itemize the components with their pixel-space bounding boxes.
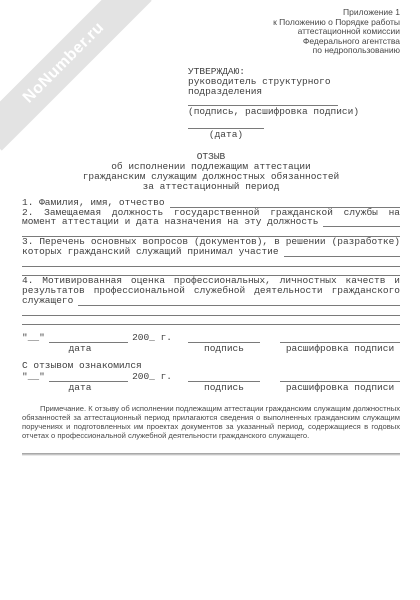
approve-date-caption: (дата) (188, 130, 264, 140)
date-quotes: "__" (22, 333, 45, 343)
approve-date-field (188, 121, 264, 129)
date-quotes: "__" (22, 372, 45, 382)
item-2-position-cont: момент аттестации и дата назначения на э… (22, 218, 400, 228)
item-2-label-line2: момент аттестации и дата назначения на э… (22, 217, 318, 227)
title-line: за аттестационный период (22, 182, 400, 192)
header-line: по недропользованию (22, 46, 400, 56)
item-2-blank-field (323, 219, 400, 227)
document-body: Приложение 1 к Положению о Порядке работ… (22, 8, 400, 456)
decode-label: расшифровка подписи (280, 344, 400, 354)
document-page: NoNumber.ru Приложение 1 к Положению о П… (0, 0, 420, 600)
item-4-label-line2: результатов профессиональной служебной д… (22, 285, 400, 296)
item-4-evaluation-cont1: результатов профессиональной служебной д… (22, 286, 400, 296)
date-blank-field (49, 335, 128, 343)
date-label: дата (22, 383, 172, 393)
signature-row-acknowledged: "__" 200_ г. (22, 372, 400, 382)
item-4-blank-field (78, 298, 400, 306)
signature-row-author: "__" 200_ г. (22, 333, 400, 343)
signature-labels-acknowledged: дата подпись расшифровка подписи (22, 383, 400, 393)
item-3-blank-line-1 (22, 257, 400, 267)
decode-label: расшифровка подписи (280, 383, 400, 393)
item-4-label-line3: служащего (22, 296, 73, 306)
sign-label: подпись (188, 344, 260, 354)
approval-block: УТВЕРЖДАЮ: руководитель структурного под… (188, 67, 400, 140)
approve-position-line2: подразделения (188, 87, 400, 97)
approve-signature-field (188, 97, 338, 106)
approve-signature-caption: (подпись, расшифровка подписи) (188, 107, 400, 117)
item-4-blank-line-1 (22, 306, 400, 316)
year-suffix: 200_ г. (132, 372, 172, 382)
date-group: "__" 200_ г. (22, 333, 172, 343)
appendix-header: Приложение 1 к Положению о Порядке работ… (22, 8, 400, 56)
date-group: "__" 200_ г. (22, 372, 172, 382)
item-4-evaluation-cont2: служащего (22, 296, 400, 306)
note-paragraph: Примечание. К отзыву об исполнении подле… (22, 404, 400, 440)
document-title: ОТЗЫВ об исполнении подлежащим аттестаци… (22, 152, 400, 192)
sign-label: подпись (188, 383, 260, 393)
item-3-label-line2: которых гражданский служащий принимал уч… (22, 247, 279, 257)
decode-blank-field (280, 333, 400, 343)
signature-blank-field (188, 372, 260, 382)
item-3-questions-cont: которых гражданский служащий принимал уч… (22, 247, 400, 257)
form-items: 1. Фамилия, имя, отчество 2. Замещаемая … (22, 198, 400, 325)
item-4-blank-line-2 (22, 316, 400, 326)
acknowledged-line: С отзывом ознакомился (22, 361, 400, 371)
item-3-blank-field (284, 249, 400, 257)
decode-blank-field (280, 372, 400, 382)
signature-blank-field (188, 333, 260, 343)
signature-labels-author: дата подпись расшифровка подписи (22, 344, 400, 354)
date-label: дата (22, 344, 172, 354)
bottom-divider (22, 453, 400, 456)
date-blank-field (49, 374, 128, 382)
year-suffix: 200_ г. (132, 333, 172, 343)
